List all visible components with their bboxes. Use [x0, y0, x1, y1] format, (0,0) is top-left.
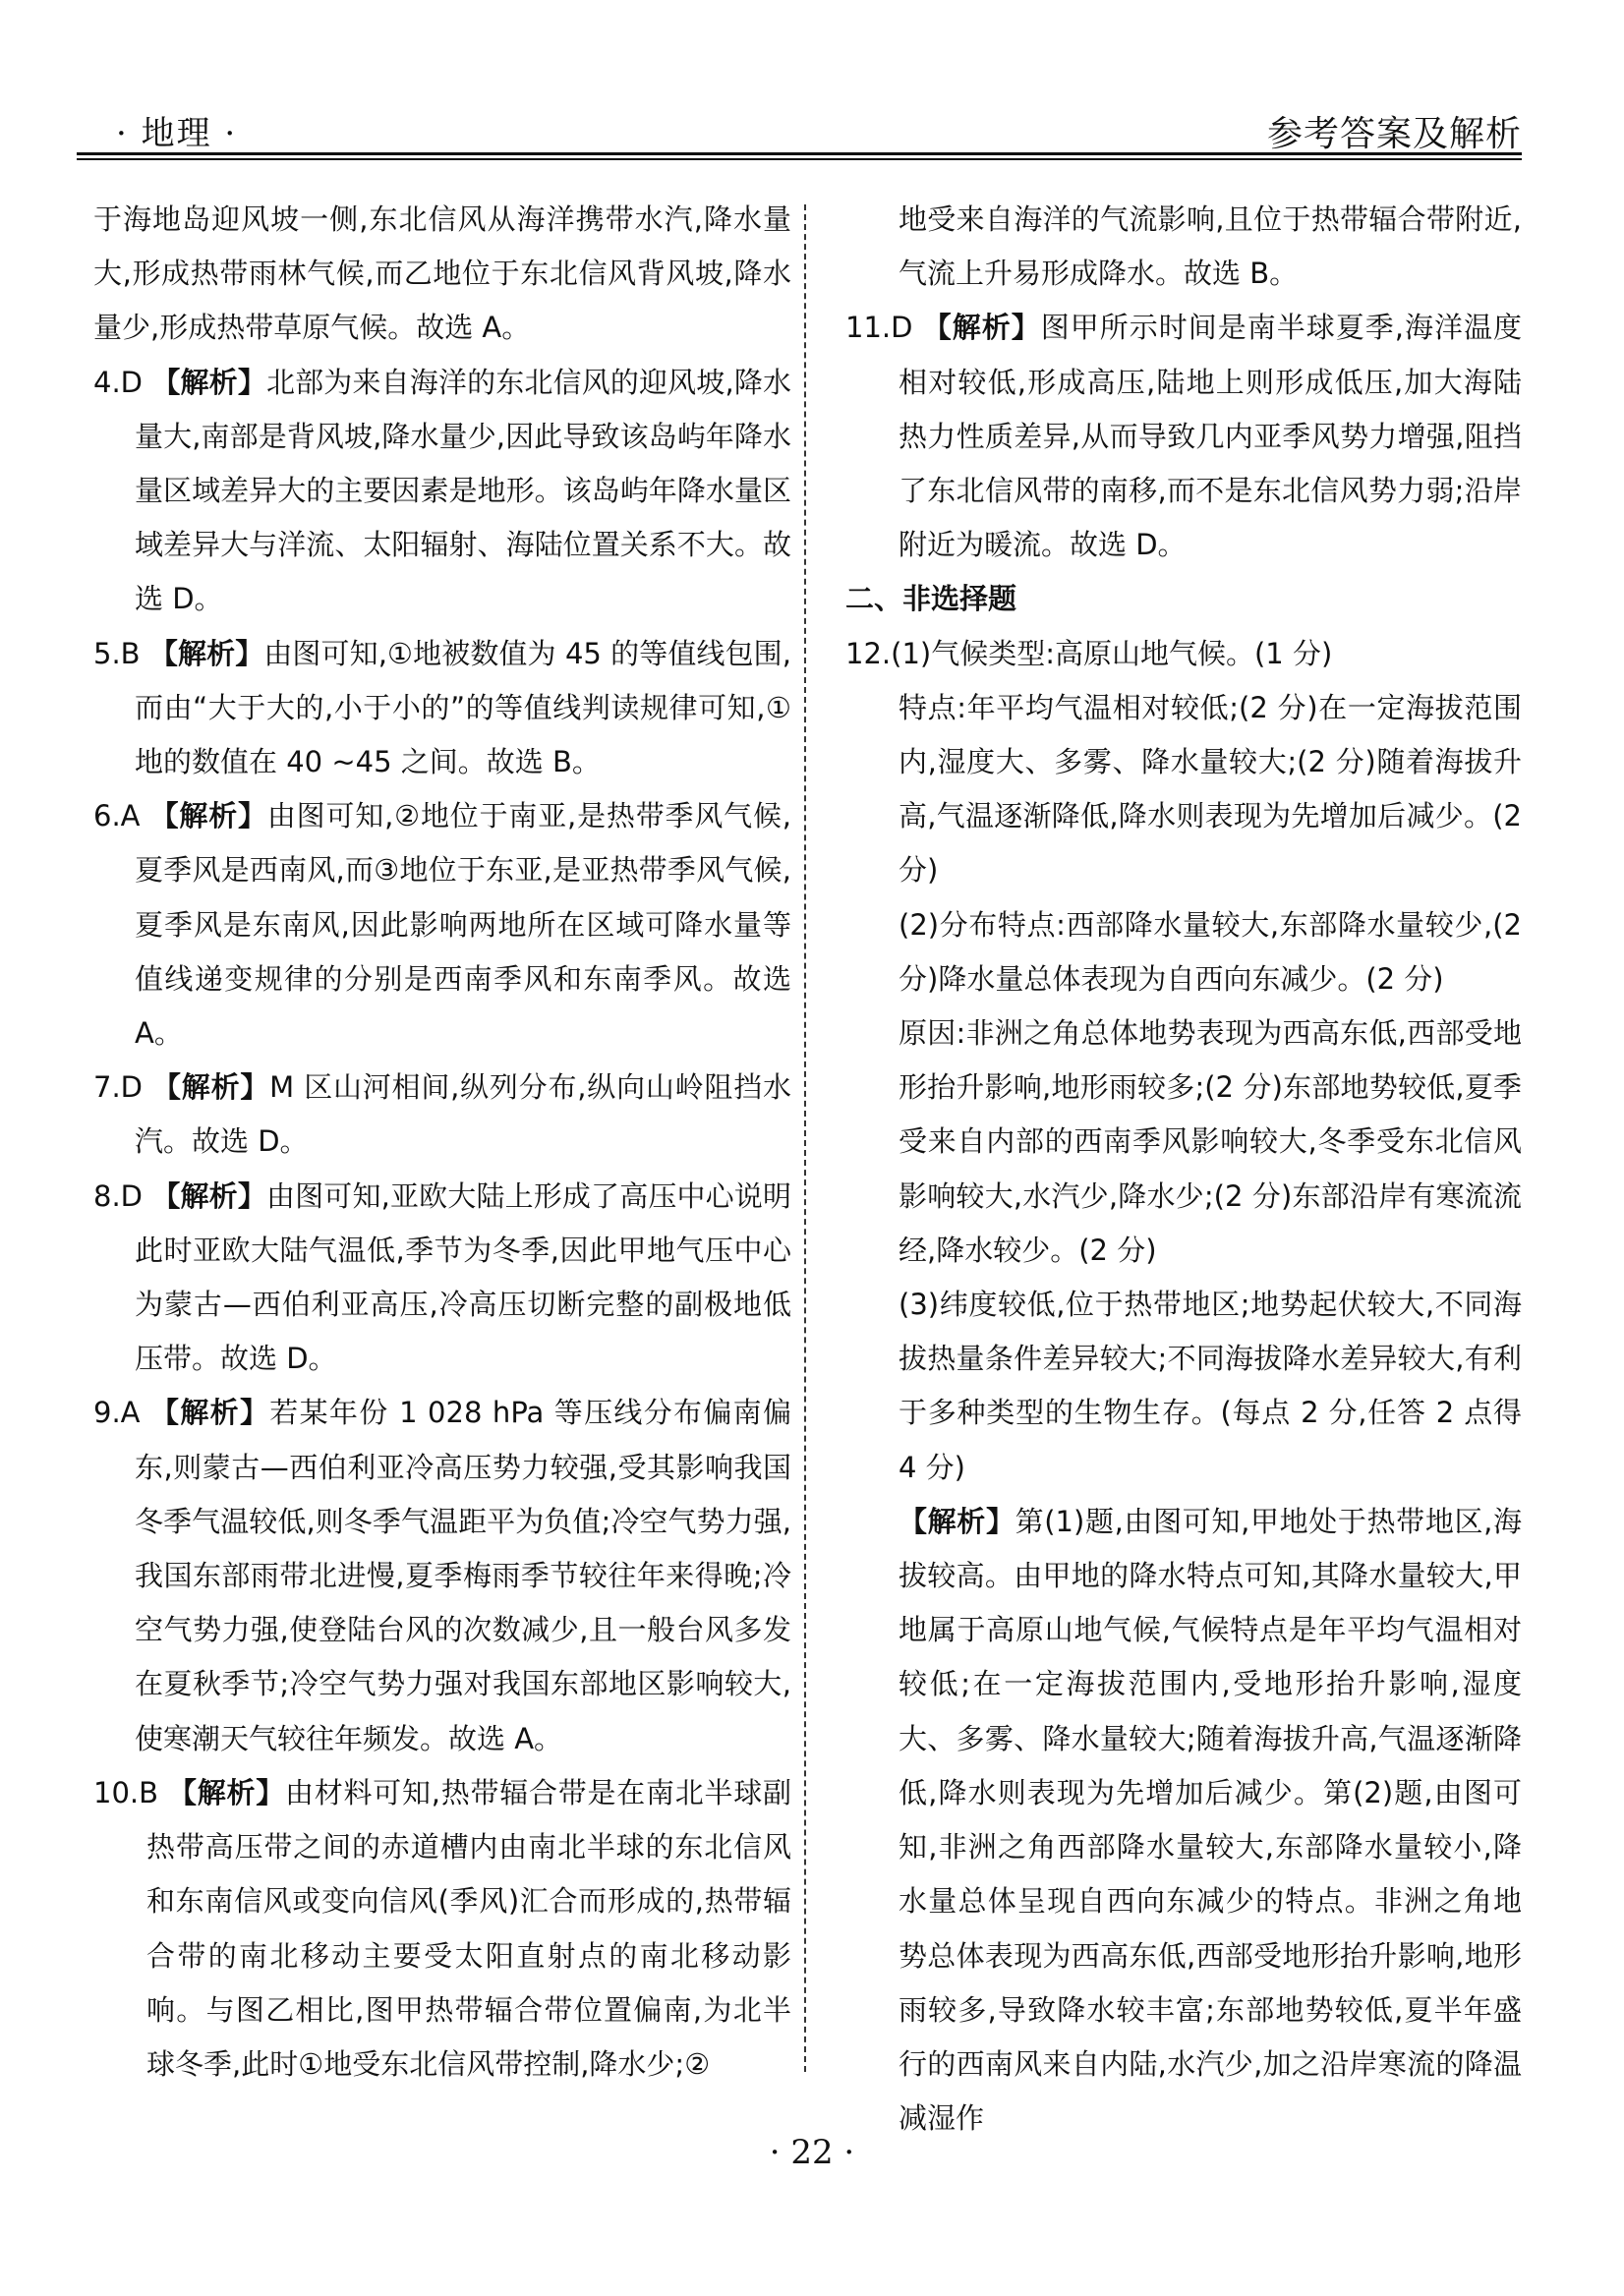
section-title: 参考答案及解析 [1267, 106, 1522, 156]
subject-label: · 地理 · [116, 106, 237, 154]
answer-number: 4.D [93, 366, 143, 399]
analysis-text: 第(1)题,由图可知,甲地处于热带地区,海拔较高。由甲地的降水特点可知,其降水量… [899, 1505, 1522, 2135]
header-rule-top [77, 152, 1522, 155]
part1-features: 特点:年平均气温相对较低;(2 分)在一定海拔范围内,湿度大、多雾、降水量较大;… [845, 681, 1522, 898]
answer-number: 8.D [93, 1179, 143, 1213]
analysis-tag: 【解析】 [151, 366, 266, 399]
analysis-tag: 【解析】 [923, 311, 1041, 344]
continuation-paragraph: 地受来自海洋的气流影响,且位于热带辐合带附近,气流上升易形成降水。故选 B。 [845, 193, 1522, 301]
answer-number: 5.B [93, 637, 141, 670]
part1-climate-type: (1)气候类型:高原山地气候。(1 分) [891, 637, 1332, 670]
continuation-text: 于海地岛迎风坡一侧,东北信风从海洋携带水汽,降水量大,形成热带雨林气候,而乙地位… [93, 202, 791, 344]
header-rule-bottom [77, 158, 1522, 160]
answer-item-10: 10.B 【解析】由材料可知,热带辐合带是在南北半球副热带高压带之间的赤道槽内由… [93, 1766, 791, 2092]
answer-item-9: 9.A 【解析】若某年份 1 028 hPa 等压线分布偏南偏东,则蒙古—西伯利… [93, 1386, 791, 1765]
page-number: · 22 · [0, 2133, 1624, 2172]
answer-item-6: 6.A 【解析】由图可知,②地位于南亚,是热带季风气候,夏季风是西南风,而③地位… [93, 789, 791, 1061]
answer-text: 由图可知,②地位于南亚,是热带季风气候,夏季风是西南风,而③地位于东亚,是亚热带… [135, 799, 791, 1050]
part2-distribution: (2)分布特点:西部降水量较大,东部降水量较少,(2 分)降水量总体表现为自西向… [845, 898, 1522, 1006]
right-column: 地受来自海洋的气流影响,且位于热带辐合带附近,气流上升易形成降水。故选 B。 1… [845, 193, 1522, 2146]
continuation-text: 地受来自海洋的气流影响,且位于热带辐合带附近,气流上升易形成降水。故选 B。 [899, 202, 1522, 290]
analysis-tag: 【解析】 [149, 637, 263, 670]
answer-item-8: 8.D 【解析】由图可知,亚欧大陆上形成了高压中心说明此时亚欧大陆气温低,季节为… [93, 1170, 791, 1387]
analysis-tag: 【解析】 [152, 1070, 269, 1104]
answer-number: 10.B [93, 1776, 158, 1809]
analysis-tag: 【解析】 [150, 1396, 269, 1429]
page-header: · 地理 · 参考答案及解析 [77, 0, 1522, 167]
answer-item-5: 5.B 【解析】由图可知,①地被数值为 45 的等值线包围,而由“大于大的,小于… [93, 627, 791, 790]
answer-number: 7.D [93, 1070, 143, 1104]
part3-answer: (3)纬度较低,位于热带地区;地势起伏较大,不同海拔热量条件差异较大;不同海拔降… [845, 1278, 1522, 1495]
answer-number: 12. [845, 637, 891, 670]
answer-number: 6.A [93, 799, 141, 832]
answer-item-7: 7.D 【解析】M 区山河相间,纵列分布,纵向山岭阻挡水汽。故选 D。 [93, 1061, 791, 1169]
column-divider [804, 204, 806, 2072]
answer-item-11: 11.D 【解析】图甲所示时间是南半球夏季,海洋温度相对较低,形成高压,陆地上则… [845, 301, 1522, 572]
continuation-paragraph: 于海地岛迎风坡一侧,东北信风从海洋携带水汽,降水量大,形成热带雨林气候,而乙地位… [93, 193, 791, 356]
answer-text: 北部为来自海洋的东北信风的迎风坡,降水量大,南部是背风坡,降水量少,因此导致该岛… [135, 366, 791, 616]
analysis-tag: 【解析】 [168, 1776, 285, 1809]
section-heading: 二、非选择题 [845, 572, 1522, 626]
answer-item-12-part1: 12.(1)气候类型:高原山地气候。(1 分) [845, 627, 1522, 681]
answer-text: 图甲所示时间是南半球夏季,海洋温度相对较低,形成高压,陆地上则形成低压,加大海陆… [899, 311, 1522, 561]
answer-text: 由材料可知,热带辐合带是在南北半球副热带高压带之间的赤道槽内由南北半球的东北信风… [146, 1776, 791, 2081]
answer-number: 11.D [845, 311, 912, 344]
answer-item-4: 4.D 【解析】北部为来自海洋的东北信风的迎风坡,降水量大,南部是背风坡,降水量… [93, 356, 791, 627]
left-column: 于海地岛迎风坡一侧,东北信风从海洋携带水汽,降水量大,形成热带雨林气候,而乙地位… [93, 193, 791, 2092]
part2-reasons: 原因:非洲之角总体地势表现为西高东低,西部受地形抬升影响,地形雨较多;(2 分)… [845, 1006, 1522, 1278]
q12-analysis: 【解析】第(1)题,由图可知,甲地处于热带地区,海拔较高。由甲地的降水特点可知,… [845, 1495, 1522, 2146]
analysis-tag: 【解析】 [899, 1505, 1015, 1538]
analysis-tag: 【解析】 [150, 799, 267, 832]
analysis-tag: 【解析】 [151, 1179, 266, 1213]
answer-number: 9.A [93, 1396, 141, 1429]
answer-text: 若某年份 1 028 hPa 等压线分布偏南偏东,则蒙古—西伯利亚冷高压势力较强… [135, 1396, 791, 1754]
